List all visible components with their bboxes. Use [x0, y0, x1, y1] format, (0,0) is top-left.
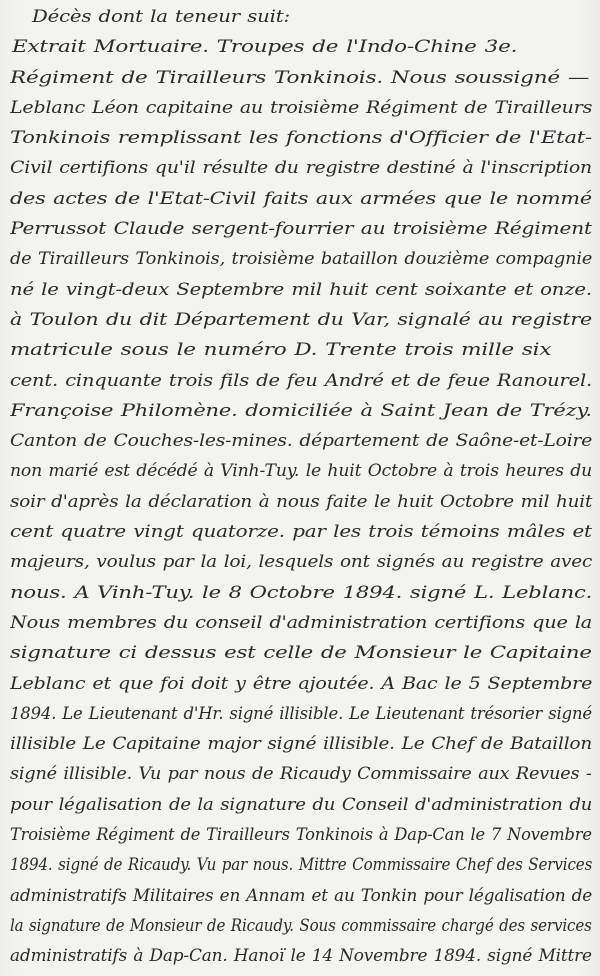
text-line: Nous membres du conseil d'administration… — [10, 608, 594, 638]
text-line: administratifs Militaires en Annam et au… — [10, 881, 594, 911]
text-line: pour légalisation de la signature du Con… — [10, 790, 594, 820]
text-line: Canton de Couches-les-mines. département… — [10, 426, 594, 456]
text-line: signature ci dessus est celle de Monsieu… — [10, 638, 594, 668]
text-line: Régiment de Tirailleurs Tonkinois. Nous … — [10, 63, 594, 93]
text-line: administratifs à Dap-Can. Hanoï le 14 No… — [10, 941, 594, 971]
text-line: Leblanc Léon capitaine au troisième Régi… — [10, 93, 594, 123]
text-line: la signature de Monsieur de Ricaudy. Sou… — [10, 911, 594, 941]
text-line: Civil certifions qu'il résulte du regist… — [10, 153, 594, 183]
text-line: Extrait Mortuaire. Troupes de l'Indo-Chi… — [10, 32, 594, 62]
text-line: de Tirailleurs Tonkinois, troisième bata… — [10, 244, 594, 274]
text-line: à Toulon du dit Département du Var, sign… — [10, 305, 594, 335]
text-line: Tonkinois remplissant les fonctions d'Of… — [10, 123, 594, 153]
text-line: illisible Le Capitaine major signé illis… — [10, 729, 594, 759]
text-line: signé illisible. Vu par nous de Ricaudy … — [10, 759, 594, 789]
text-line: non marié est décédé à Vinh-Tuy. le huit… — [10, 456, 594, 486]
text-line: nous. A Vinh-Tuy. le 8 Octobre 1894. sig… — [10, 578, 594, 608]
text-line: Françoise Philomène. domiciliée à Saint … — [10, 396, 594, 426]
text-line: Perrussot Claude sergent-fourrier au tro… — [10, 214, 594, 244]
text-line: soir d'après la déclaration à nous faite… — [10, 487, 594, 517]
text-line: matricule sous le numéro D. Trente trois… — [10, 335, 594, 365]
text-line: Troisième Régiment de Tirailleurs Tonkin… — [10, 820, 594, 850]
handwritten-document-page: Décès dont la teneur suit: Extrait Mortu… — [0, 0, 600, 976]
text-line: né le vingt-deux Septembre mil huit cent… — [10, 275, 594, 305]
text-line: 1894. Le Lieutenant d'Hr. signé illisibl… — [10, 699, 594, 729]
text-line: majeurs, voulus par la loi, lesquels ont… — [10, 547, 594, 577]
text-line: cent. cinquante trois fils de feu André … — [10, 366, 594, 396]
text-line: Leblanc et que foi doit y être ajoutée. … — [10, 669, 594, 699]
text-line: Décès dont la teneur suit: — [10, 2, 594, 32]
text-line: cent quatre vingt quatorze. par les troi… — [10, 517, 594, 547]
text-line: 1894. signé de Ricaudy. Vu par nous. Mit… — [10, 850, 594, 880]
text-line: des actes de l'Etat-Civil faits aux armé… — [10, 184, 594, 214]
